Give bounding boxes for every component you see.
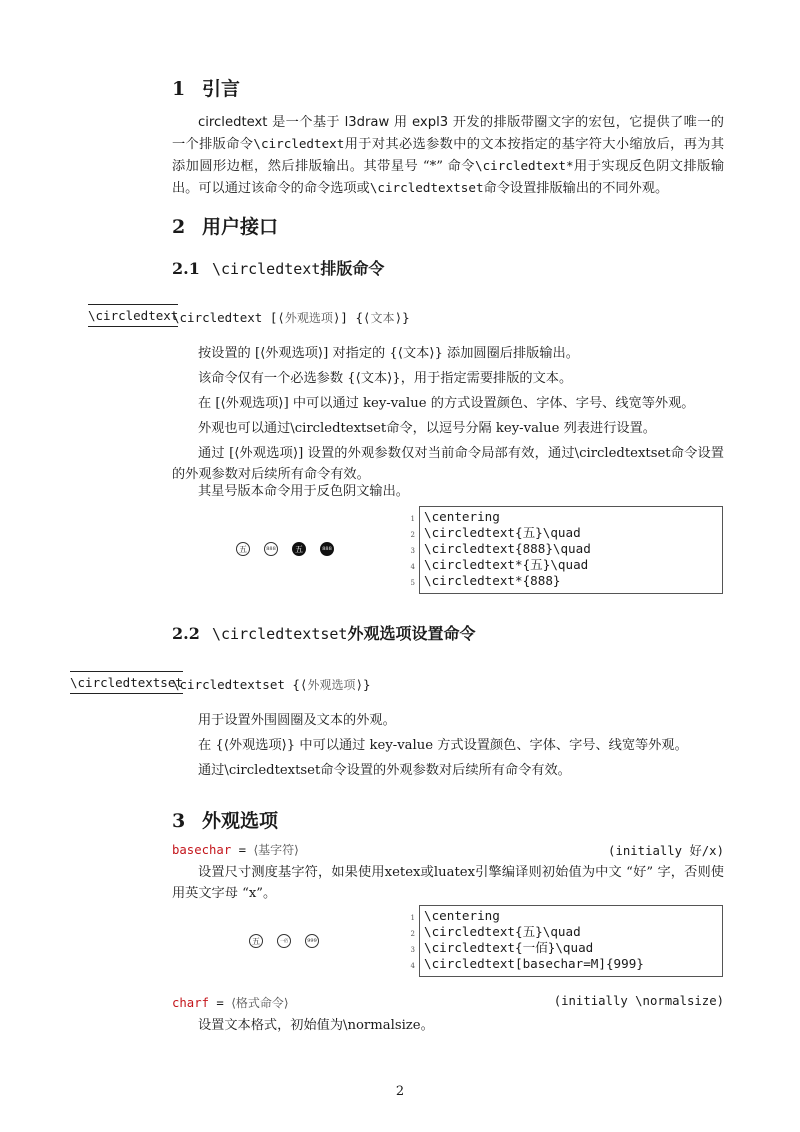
section-title: 外观选项	[202, 810, 278, 832]
inline-command: \circledtext*	[475, 158, 574, 173]
option-key: charf	[172, 996, 209, 1010]
circled-glyph-filled: 五	[292, 542, 306, 556]
paragraph-text: expl3	[412, 115, 448, 130]
desc-paragraph: 在 {⟨外观选项⟩} 中可以通过 key-value 方式设置颜色、字体、字号、…	[198, 735, 724, 756]
option-key: basechar	[172, 843, 231, 857]
macro-margin-label: \circledtext	[88, 304, 178, 327]
desc-paragraph: 该命令仅有一个必选参数 {⟨文本⟩}，用于指定需要排版的文本。	[198, 368, 724, 389]
intro-paragraph: circledtext 是一个基于 l3draw 用 expl3 开发的排版带圈…	[172, 112, 724, 199]
example-output-glyphs: 五 888 五 888	[236, 542, 334, 556]
desc-paragraph: 外观也可以通过\circledtextset命令，以逗号分隔 key-value…	[198, 418, 724, 439]
desc-paragraph: 用于设置外围圆圈及文本的外观。	[198, 710, 724, 731]
circled-glyph: 888	[264, 542, 278, 556]
signature-brace: {⟨	[348, 310, 371, 325]
subsection-2-2-heading: 2.2\circledtextset外观选项设置命令	[172, 621, 475, 644]
inline-command: \circledtext	[253, 136, 344, 151]
circled-glyph: 五	[236, 542, 250, 556]
signature-bracket: [⟨	[262, 310, 285, 325]
subsection-title-rest: 外观选项设置命令	[347, 624, 475, 643]
desc-paragraph: 在 [⟨外观选项⟩] 中可以通过 key-value 的方式设置颜色、字体、字号…	[198, 393, 724, 414]
subsection-number: 2.2	[172, 624, 212, 643]
option-charf: charf = ⟨格式命令⟩ (initially \normalsize)	[172, 994, 724, 1011]
option-equals: =	[209, 996, 231, 1010]
line-number: 4	[405, 563, 415, 571]
line-number: 5	[405, 579, 415, 587]
line-number: 2	[405, 930, 415, 938]
signature-command: \circledtextset	[172, 677, 285, 692]
code-line: \circledtext{五}\quad	[424, 525, 718, 541]
code-line: \centering	[424, 908, 718, 924]
subsection-title-command: \circledtextset	[212, 625, 347, 643]
paragraph-text: 用	[389, 115, 412, 130]
subsection-2-1-heading: 2.1\circledtext排版命令	[172, 256, 384, 279]
circled-glyph: 一佰	[277, 934, 291, 948]
circled-glyph: 五	[249, 934, 263, 948]
line-number: 4	[405, 962, 415, 970]
line-number: 1	[405, 914, 415, 922]
example-output-glyphs: 五 一佰 999	[249, 934, 319, 948]
signature-required-arg: 文本	[371, 311, 395, 325]
desc-paragraph: 通过\circledtextset命令设置的外观参数对后续所有命令有效。	[198, 760, 724, 781]
code-line: \circledtext*{五}\quad	[424, 557, 718, 573]
code-listing: \centering \circledtext{五}\quad \circled…	[419, 506, 723, 594]
section-title: 用户接口	[202, 216, 278, 238]
code-line: \circledtext{一佰}\quad	[424, 940, 718, 956]
section-title: 引言	[202, 78, 240, 100]
section-3-heading: 3外观选项	[172, 806, 278, 833]
signature-optional-arg: 外观选项	[285, 311, 333, 325]
signature-required-arg: 外观选项	[307, 678, 355, 692]
code-line: \circledtext*{888}	[424, 573, 718, 589]
paragraph-text: l3draw	[345, 115, 390, 130]
option-initial-value: (initially \normalsize)	[554, 994, 724, 1008]
desc-paragraph: 按设置的 [⟨外观选项⟩] 对指定的 {⟨文本⟩} 添加圆圈后排版输出。	[198, 343, 724, 364]
paragraph-text: 命令设置排版输出的不同外观。	[484, 181, 669, 196]
line-number: 3	[405, 547, 415, 555]
signature-brace: {⟨	[285, 677, 308, 692]
code-line: \circledtext[basechar=M]{999}	[424, 956, 718, 972]
section-number: 1	[172, 78, 202, 100]
section-1-heading: 1引言	[172, 74, 240, 101]
option-meta: ⟨基字符⟩	[253, 843, 298, 857]
subsection-title-command: \circledtext	[212, 260, 320, 278]
option-description: 设置尺寸测度基字符，如果使用xetex或luatex引擎编译则初始值为中文 “好…	[172, 862, 724, 904]
code-listing: \centering \circledtext{五}\quad \circled…	[419, 905, 723, 977]
desc-paragraph: 通过 [⟨外观选项⟩] 设置的外观参数仅对当前命令局部有效，通过\circled…	[172, 443, 724, 485]
signature-command: \circledtext	[172, 310, 262, 325]
option-equals: =	[231, 843, 253, 857]
macro-margin-label: \circledtextset	[70, 671, 183, 694]
section-number: 2	[172, 216, 202, 238]
signature-bracket: ⟩]	[333, 310, 348, 325]
signature-brace: ⟩}	[355, 677, 370, 692]
paragraph-text: circledtext	[198, 115, 267, 130]
desc-paragraph: 其星号版本命令用于反色阴文输出。	[198, 481, 724, 502]
signature-brace: ⟩}	[395, 310, 410, 325]
circled-glyph: 999	[305, 934, 319, 948]
page-number: 2	[0, 1084, 800, 1099]
inline-command: \circledtextset	[370, 180, 484, 195]
subsection-title-rest: 排版命令	[320, 259, 384, 278]
code-line: \centering	[424, 509, 718, 525]
macro-signature: \circledtext [⟨外观选项⟩] {⟨文本⟩}	[172, 309, 410, 326]
code-line: \circledtext{888}\quad	[424, 541, 718, 557]
option-description: 设置文本格式，初始值为\normalsize。	[172, 1015, 724, 1036]
macro-signature: \circledtextset {⟨外观选项⟩}	[172, 676, 371, 693]
section-2-heading: 2用户接口	[172, 212, 278, 239]
option-basechar: basechar = ⟨基字符⟩ (initially 好/x)	[172, 841, 724, 858]
line-number: 2	[405, 531, 415, 539]
line-number: 3	[405, 946, 415, 954]
code-line: \circledtext{五}\quad	[424, 924, 718, 940]
option-meta: ⟨格式命令⟩	[231, 996, 288, 1010]
line-number: 1	[405, 515, 415, 523]
section-number: 3	[172, 810, 202, 832]
subsection-number: 2.1	[172, 259, 212, 278]
paragraph-text: 是一个基于	[267, 115, 344, 130]
circled-glyph-filled: 888	[320, 542, 334, 556]
option-initial-value: (initially 好/x)	[608, 841, 724, 859]
